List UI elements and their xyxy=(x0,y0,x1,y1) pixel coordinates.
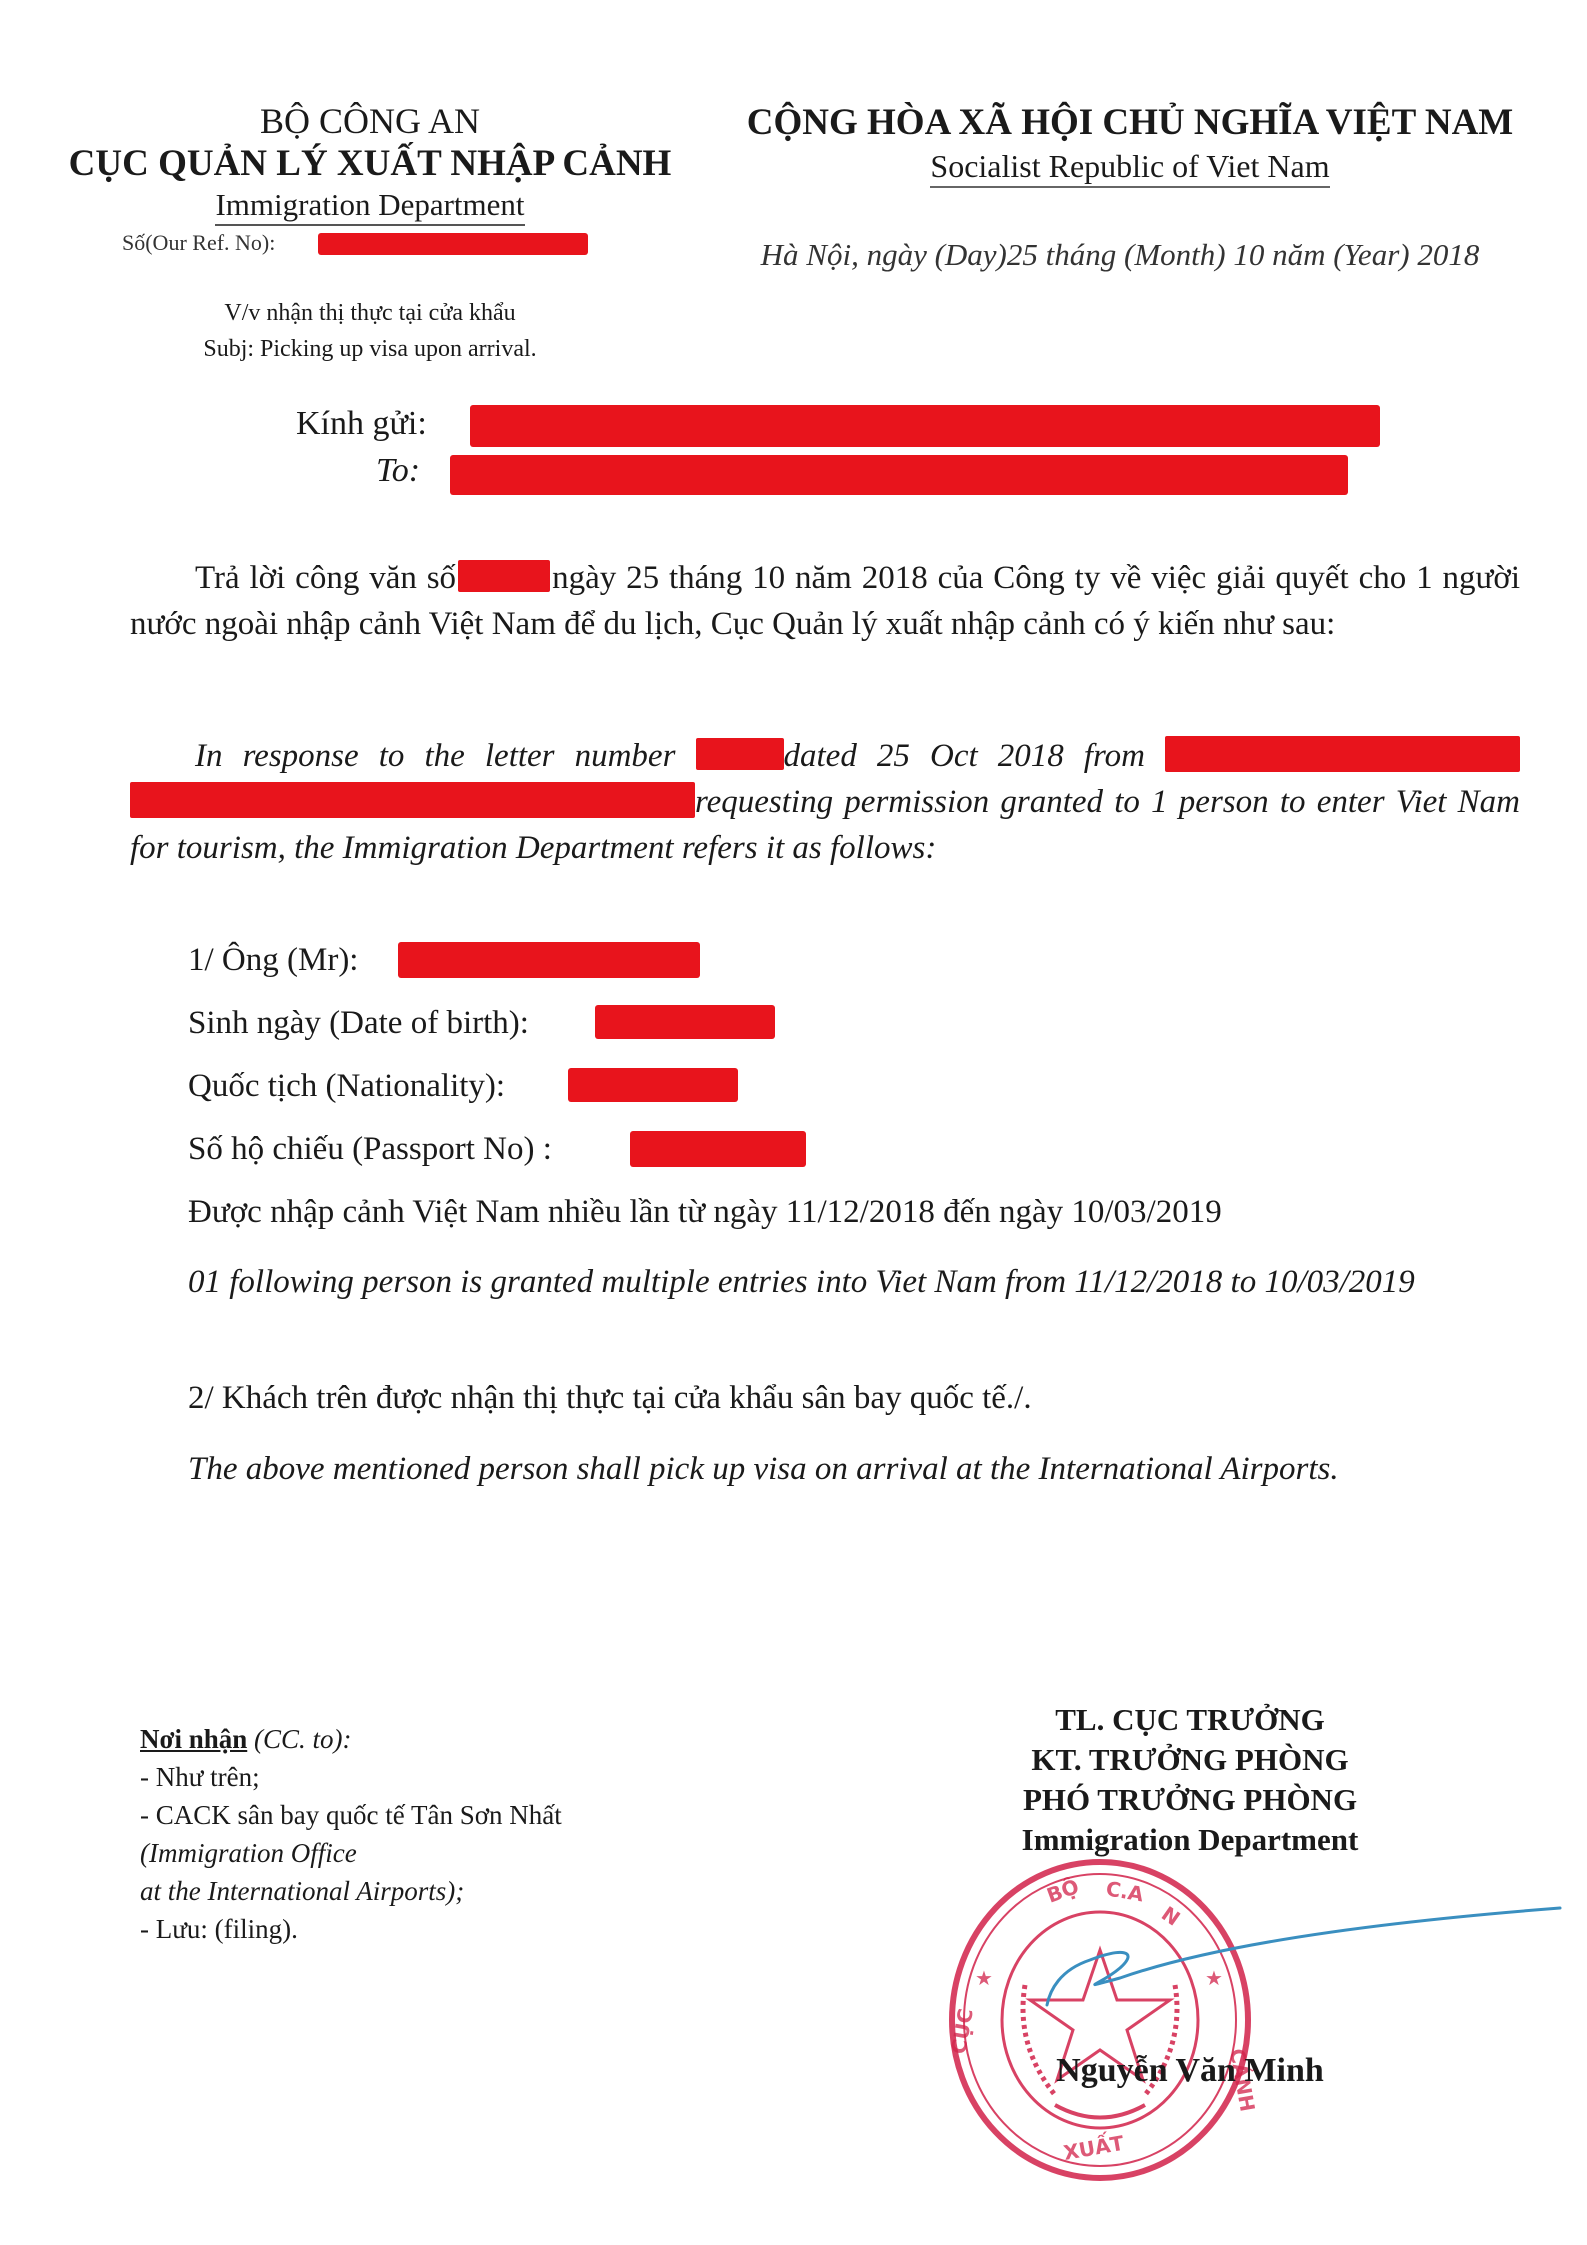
svg-text:XUẤT: XUẤT xyxy=(1061,2129,1126,2165)
person-name-label: 1/ Ông (Mr): xyxy=(188,940,358,980)
subject-vi: V/v nhận thị thực tại cửa khẩu xyxy=(40,295,700,331)
department-name-en: Immigration Department xyxy=(215,186,524,226)
signatory-title: TL. CỤC TRƯỞNG KT. TRƯỞNG PHÒNG PHÓ TRƯỞ… xyxy=(960,1700,1420,1860)
cc-item: (Immigration Office xyxy=(140,1834,562,1872)
national-header: CỘNG HÒA XÃ HỘI CHỦ NGHĨA VIỆT NAM Socia… xyxy=(700,100,1560,188)
signer-name: Nguyễn Văn Minh xyxy=(1000,2052,1380,2090)
nationality-label: Quốc tịch (Nationality): xyxy=(188,1066,505,1106)
redacted-letter-number xyxy=(458,560,550,592)
cc-item: at the International Airports); xyxy=(140,1872,562,1910)
cc-item: - Như trên; xyxy=(140,1758,562,1796)
redacted-company-en-1 xyxy=(1165,736,1520,772)
handwritten-signature-icon xyxy=(1000,1890,1580,2030)
entry-permission-en: 01 following person is granted multiple … xyxy=(188,1252,1520,1312)
subject: V/v nhận thị thực tại cửa khẩu Subj: Pic… xyxy=(40,295,700,367)
signatory-line-3: PHÓ TRƯỞNG PHÒNG xyxy=(960,1780,1420,1820)
p1-text-start: Trả lời công văn số xyxy=(195,560,456,596)
redacted-reference-number xyxy=(318,233,588,255)
redacted-person-name xyxy=(398,942,700,978)
reference-number-label: Số(Our Ref. No): xyxy=(122,230,275,256)
redacted-passport-number xyxy=(630,1131,806,1167)
country-name-en: Socialist Republic of Viet Nam xyxy=(930,146,1329,188)
passport-label: Số hộ chiếu (Passport No) : xyxy=(188,1129,552,1169)
redacted-addressee-vi xyxy=(470,405,1380,447)
cc-list: Nơi nhận (CC. to): - Như trên; - CACK sâ… xyxy=(140,1720,562,1948)
cc-title: Nơi nhận (CC. to): xyxy=(140,1720,562,1758)
p2-text-mid: dated 25 Oct 2018 from xyxy=(784,738,1145,774)
redacted-addressee-en xyxy=(450,455,1348,495)
cc-item: - Lưu: (filing). xyxy=(140,1910,562,1948)
dob-label: Sinh ngày (Date of birth): xyxy=(188,1003,529,1043)
entry-permission-vi: Được nhập cảnh Việt Nam nhiều lần từ ngà… xyxy=(188,1192,1222,1232)
redacted-nationality xyxy=(568,1068,738,1102)
redacted-dob xyxy=(595,1005,775,1039)
cc-title-en: (CC. to): xyxy=(254,1724,352,1754)
department-name-vi: CỤC QUẢN LÝ XUẤT NHẬP CẢNH xyxy=(40,142,700,186)
redacted-company-en-2 xyxy=(130,782,695,818)
response-paragraph-en: In response to the letter number dated 2… xyxy=(130,733,1520,871)
visa-pickup-vi: 2/ Khách trên được nhận thị thực tại cửa… xyxy=(188,1378,1032,1418)
document-date: Hà Nội, ngày (Day)25 tháng (Month) 10 nă… xyxy=(680,237,1560,273)
country-name-vi: CỘNG HÒA XÃ HỘI CHỦ NGHĨA VIỆT NAM xyxy=(700,100,1560,146)
signatory-line-1: TL. CỤC TRƯỞNG xyxy=(960,1700,1420,1740)
signatory-line-2: KT. TRƯỞNG PHÒNG xyxy=(960,1740,1420,1780)
redacted-letter-number-en xyxy=(696,738,784,770)
svg-text:★: ★ xyxy=(975,1966,993,1990)
cc-title-vi: Nơi nhận xyxy=(140,1724,247,1754)
addressee-label-en: To: xyxy=(376,452,420,490)
ministry-name: BỘ CÔNG AN xyxy=(40,100,700,142)
p2-text-start: In response to the letter number xyxy=(195,738,675,774)
issuer-header: BỘ CÔNG AN CỤC QUẢN LÝ XUẤT NHẬP CẢNH Im… xyxy=(40,100,700,226)
addressee-label-vi: Kính gửi: xyxy=(296,405,427,443)
signatory-line-4: Immigration Department xyxy=(960,1820,1420,1860)
visa-pickup-en: The above mentioned person shall pick up… xyxy=(188,1438,1520,1500)
cc-item: - CACK sân bay quốc tế Tân Sơn Nhất xyxy=(140,1796,562,1834)
response-paragraph-vi: Trả lời công văn sốngày 25 tháng 10 năm … xyxy=(130,555,1520,647)
subject-en: Subj: Picking up visa upon arrival. xyxy=(40,331,700,367)
